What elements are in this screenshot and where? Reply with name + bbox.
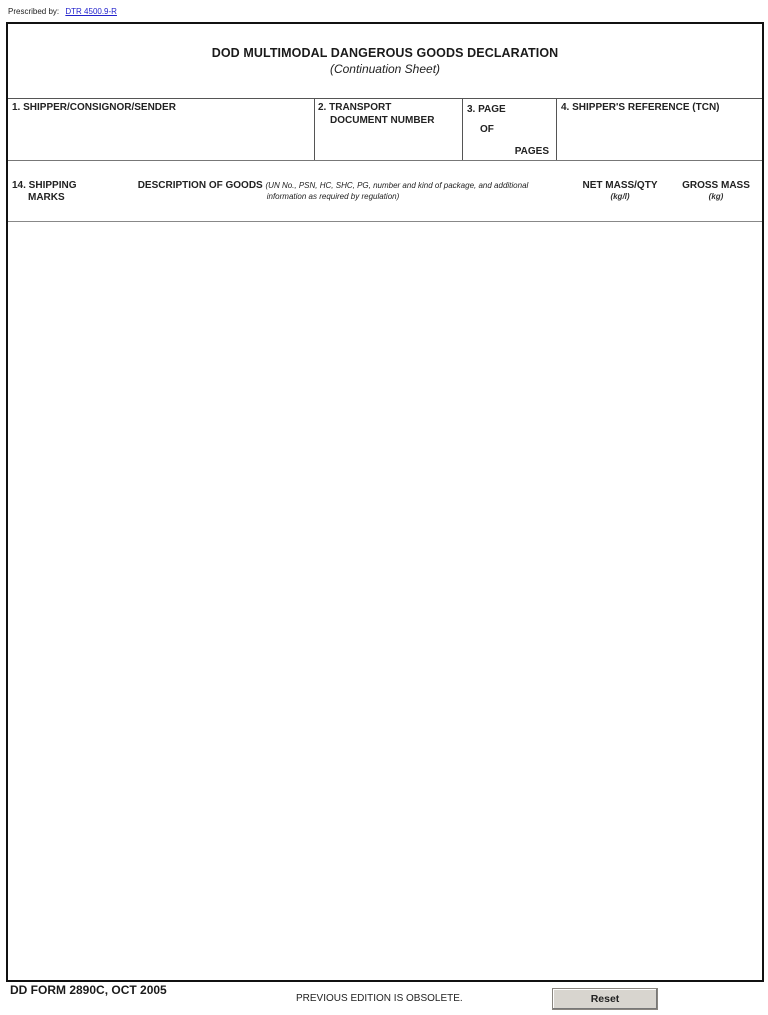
shipping-marks-label-1: 14. SHIPPING <box>12 180 76 191</box>
dtr-link[interactable]: DTR 4500.9-R <box>65 7 117 16</box>
goods-table-header: 14. SHIPPING MARKS DESCRIPTION OF GOODS … <box>8 161 762 222</box>
goods-entry-area[interactable] <box>8 222 762 980</box>
form-id: DD FORM 2890C, OCT 2005 <box>10 983 167 997</box>
description-note-2: information as required by regulation) <box>267 192 400 201</box>
page-field[interactable]: 3. PAGE OF PAGES <box>462 99 557 160</box>
shipping-marks-header: 14. SHIPPING MARKS <box>12 180 76 203</box>
description-label: DESCRIPTION OF GOODS <box>138 180 263 191</box>
gross-mass-header: GROSS MASS (kg) <box>670 180 762 201</box>
edition-note: PREVIOUS EDITION IS OBSOLETE. <box>296 993 463 1004</box>
transport-doc-label-1: 2. TRANSPORT <box>318 102 463 113</box>
transport-doc-label-2: DOCUMENT NUMBER <box>318 115 463 126</box>
net-mass-unit: (kg/l) <box>570 192 670 201</box>
shipper-reference-label: 4. SHIPPER'S REFERENCE (TCN) <box>561 102 762 113</box>
dangerous-goods-form: DOD MULTIMODAL DANGEROUS GOODS DECLARATI… <box>6 22 764 982</box>
prescribed-by-label: Prescribed by: <box>8 7 59 16</box>
shipping-marks-label-2: MARKS <box>12 192 76 203</box>
shipper-reference-field[interactable]: 4. SHIPPER'S REFERENCE (TCN) <box>556 99 762 160</box>
gross-mass-label: GROSS MASS <box>670 180 762 191</box>
shipment-info-row: 1. SHIPPER/CONSIGNOR/SENDER 2. TRANSPORT… <box>8 99 762 161</box>
description-header: DESCRIPTION OF GOODS (UN No., PSN, HC, S… <box>103 180 563 202</box>
shipper-label: 1. SHIPPER/CONSIGNOR/SENDER <box>12 102 315 113</box>
prescribed-by: Prescribed by: DTR 4500.9-R <box>8 7 117 16</box>
description-note-1: (UN No., PSN, HC, SHC, PG, number and ki… <box>266 181 529 190</box>
form-title-block: DOD MULTIMODAL DANGEROUS GOODS DECLARATI… <box>8 24 762 99</box>
form-subtitle: (Continuation Sheet) <box>8 62 762 76</box>
pages-label: PAGES <box>467 146 557 157</box>
of-label: OF <box>467 124 557 135</box>
net-mass-header: NET MASS/QTY (kg/l) <box>570 180 670 201</box>
form-title: DOD MULTIMODAL DANGEROUS GOODS DECLARATI… <box>8 46 762 60</box>
page-label: 3. PAGE <box>467 104 557 115</box>
transport-document-field[interactable]: 2. TRANSPORT DOCUMENT NUMBER <box>314 99 463 160</box>
shipper-field[interactable]: 1. SHIPPER/CONSIGNOR/SENDER <box>8 99 315 160</box>
reset-button[interactable]: Reset <box>552 988 658 1010</box>
gross-mass-unit: (kg) <box>670 192 762 201</box>
net-mass-label: NET MASS/QTY <box>570 180 670 191</box>
